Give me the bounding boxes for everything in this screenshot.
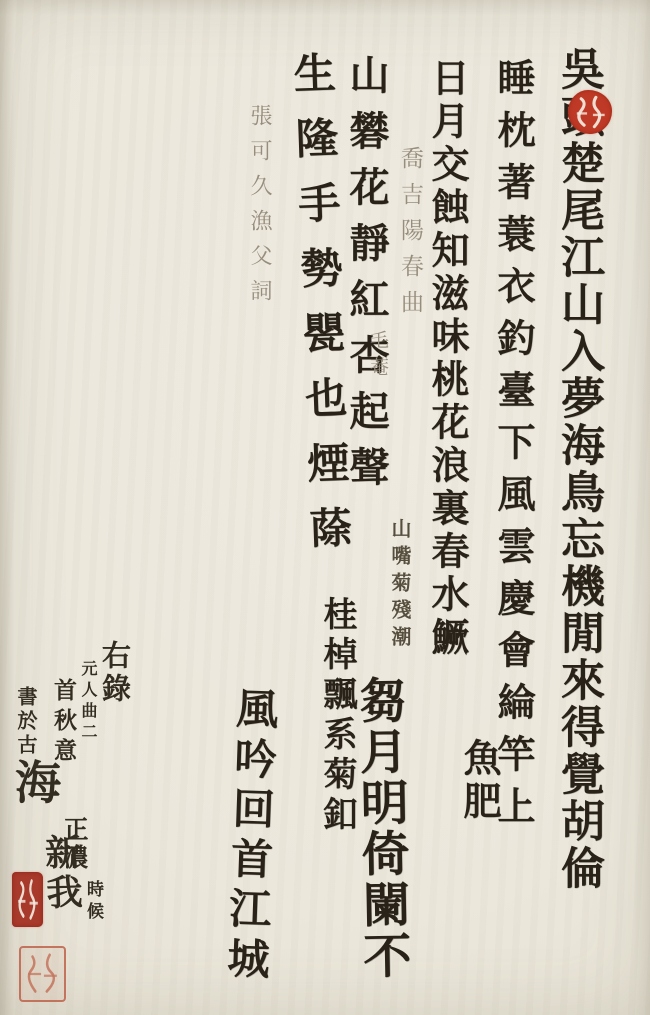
colophon-line-6: 書於古 [16, 686, 36, 758]
artist-signature: 新我 [42, 833, 81, 914]
main-column-8: 風吟回首江城 [224, 686, 276, 987]
attribution-inscription-1: 張可久漁父詞 [248, 104, 270, 314]
colophon-line-2: 元人曲二 [80, 660, 96, 744]
main-column-3b: 魚肥 [460, 738, 498, 824]
square-name-seal-relief [19, 946, 66, 1002]
colophon-line-7: 海 [12, 758, 58, 804]
main-column-4: 山礬花靜紅杏起聲 [346, 54, 386, 502]
main-column-7: 芻月明倚闌不 [354, 675, 407, 982]
colophon-line-3: 首秋意 [52, 678, 75, 768]
main-column-2: 睡枕著蓑衣釣臺下風雲慶會綸竿上 [494, 58, 532, 838]
main-column-1: 吳頭楚尾江山入夢海鳥忘機閒來得覺胡倫 [556, 46, 600, 892]
calligraphy-artwork: 吳頭楚尾江山入夢海鳥忘機閒來得覺胡倫睡枕著蓑衣釣臺下風雲慶會綸竿上日月交蝕知滋味… [0, 0, 650, 1015]
interlinear-note-1: 毛菴 [368, 330, 387, 384]
main-column-6: 桂棹飄系菊釦 [320, 596, 354, 836]
main-column-5: 生隆手勢甖也煙蒢 [290, 51, 350, 572]
attribution-inscription-2: 喬吉陽春曲 [398, 146, 421, 326]
round-name-seal [568, 90, 612, 134]
interlinear-note-2: 山嘴菊殘潮 [390, 518, 410, 653]
main-column-3: 日月交蝕知滋味桃花浪裏春水鱖 [428, 58, 466, 660]
colophon-line-5: 時候 [84, 880, 101, 924]
colophon-line-1: 右錄 [100, 640, 129, 706]
square-name-seal-intaglio [12, 872, 43, 927]
